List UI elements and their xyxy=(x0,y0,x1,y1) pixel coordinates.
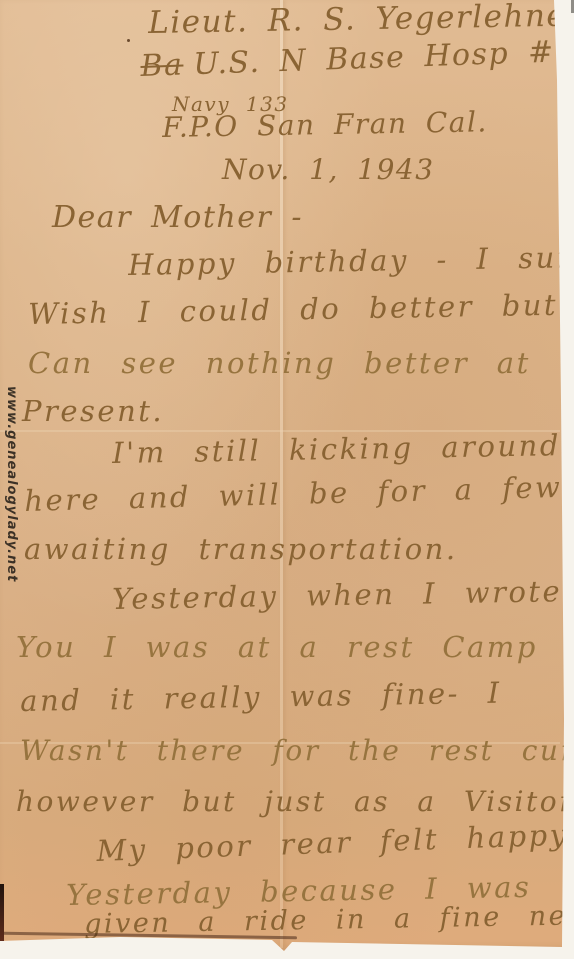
date-line: Nov. 1, 1943 xyxy=(222,156,435,184)
handwritten-line: however but just as a Visitor. xyxy=(16,788,574,816)
handwritten-line: and it really was fine- I xyxy=(20,679,502,716)
sender-name-line: Lieut. R. S. Yegerlehner xyxy=(148,0,574,39)
letter-page: Lieut. R. S. Yegerlehner BaU.S. N Base H… xyxy=(0,0,574,952)
handwritten-line: Happy birthday - I sure xyxy=(128,243,574,280)
handwritten-line: given a ride in a fine new xyxy=(84,902,574,938)
handwritten-line: I'm still kicking around xyxy=(112,431,561,468)
struck-text: Ba xyxy=(140,48,184,84)
unit-text: U.S. N Base Hosp # 4 xyxy=(193,33,574,82)
handwritten-line: You I was at a rest Camp xyxy=(16,633,538,662)
handwritten-line: Wish I could do better but xyxy=(28,291,558,329)
handwritten-line: Present. xyxy=(22,397,164,426)
scanner-edge-artifact-left xyxy=(0,884,4,941)
handwritten-line: Can see nothing better at xyxy=(28,349,531,378)
fpo-line: F.P.O San Fran Cal. xyxy=(162,108,488,142)
handwritten-line: here and will be for a few days xyxy=(24,470,574,516)
salutation: Dear Mother - xyxy=(52,203,303,233)
watermark: www.genealogylady.net xyxy=(4,386,19,596)
handwritten-line: Yesterday when I wrote xyxy=(112,577,562,614)
handwritten-line: My poor rear felt happy xyxy=(96,821,569,866)
scan-background: Lieut. R. S. Yegerlehner BaU.S. N Base H… xyxy=(0,0,574,959)
unit-line: BaU.S. N Base Hosp # 4 xyxy=(140,36,574,82)
ink-speck xyxy=(127,39,130,42)
handwritten-line: Wasn't there for the rest cure xyxy=(20,737,574,765)
handwritten-line: awaiting transportation. xyxy=(24,535,458,564)
